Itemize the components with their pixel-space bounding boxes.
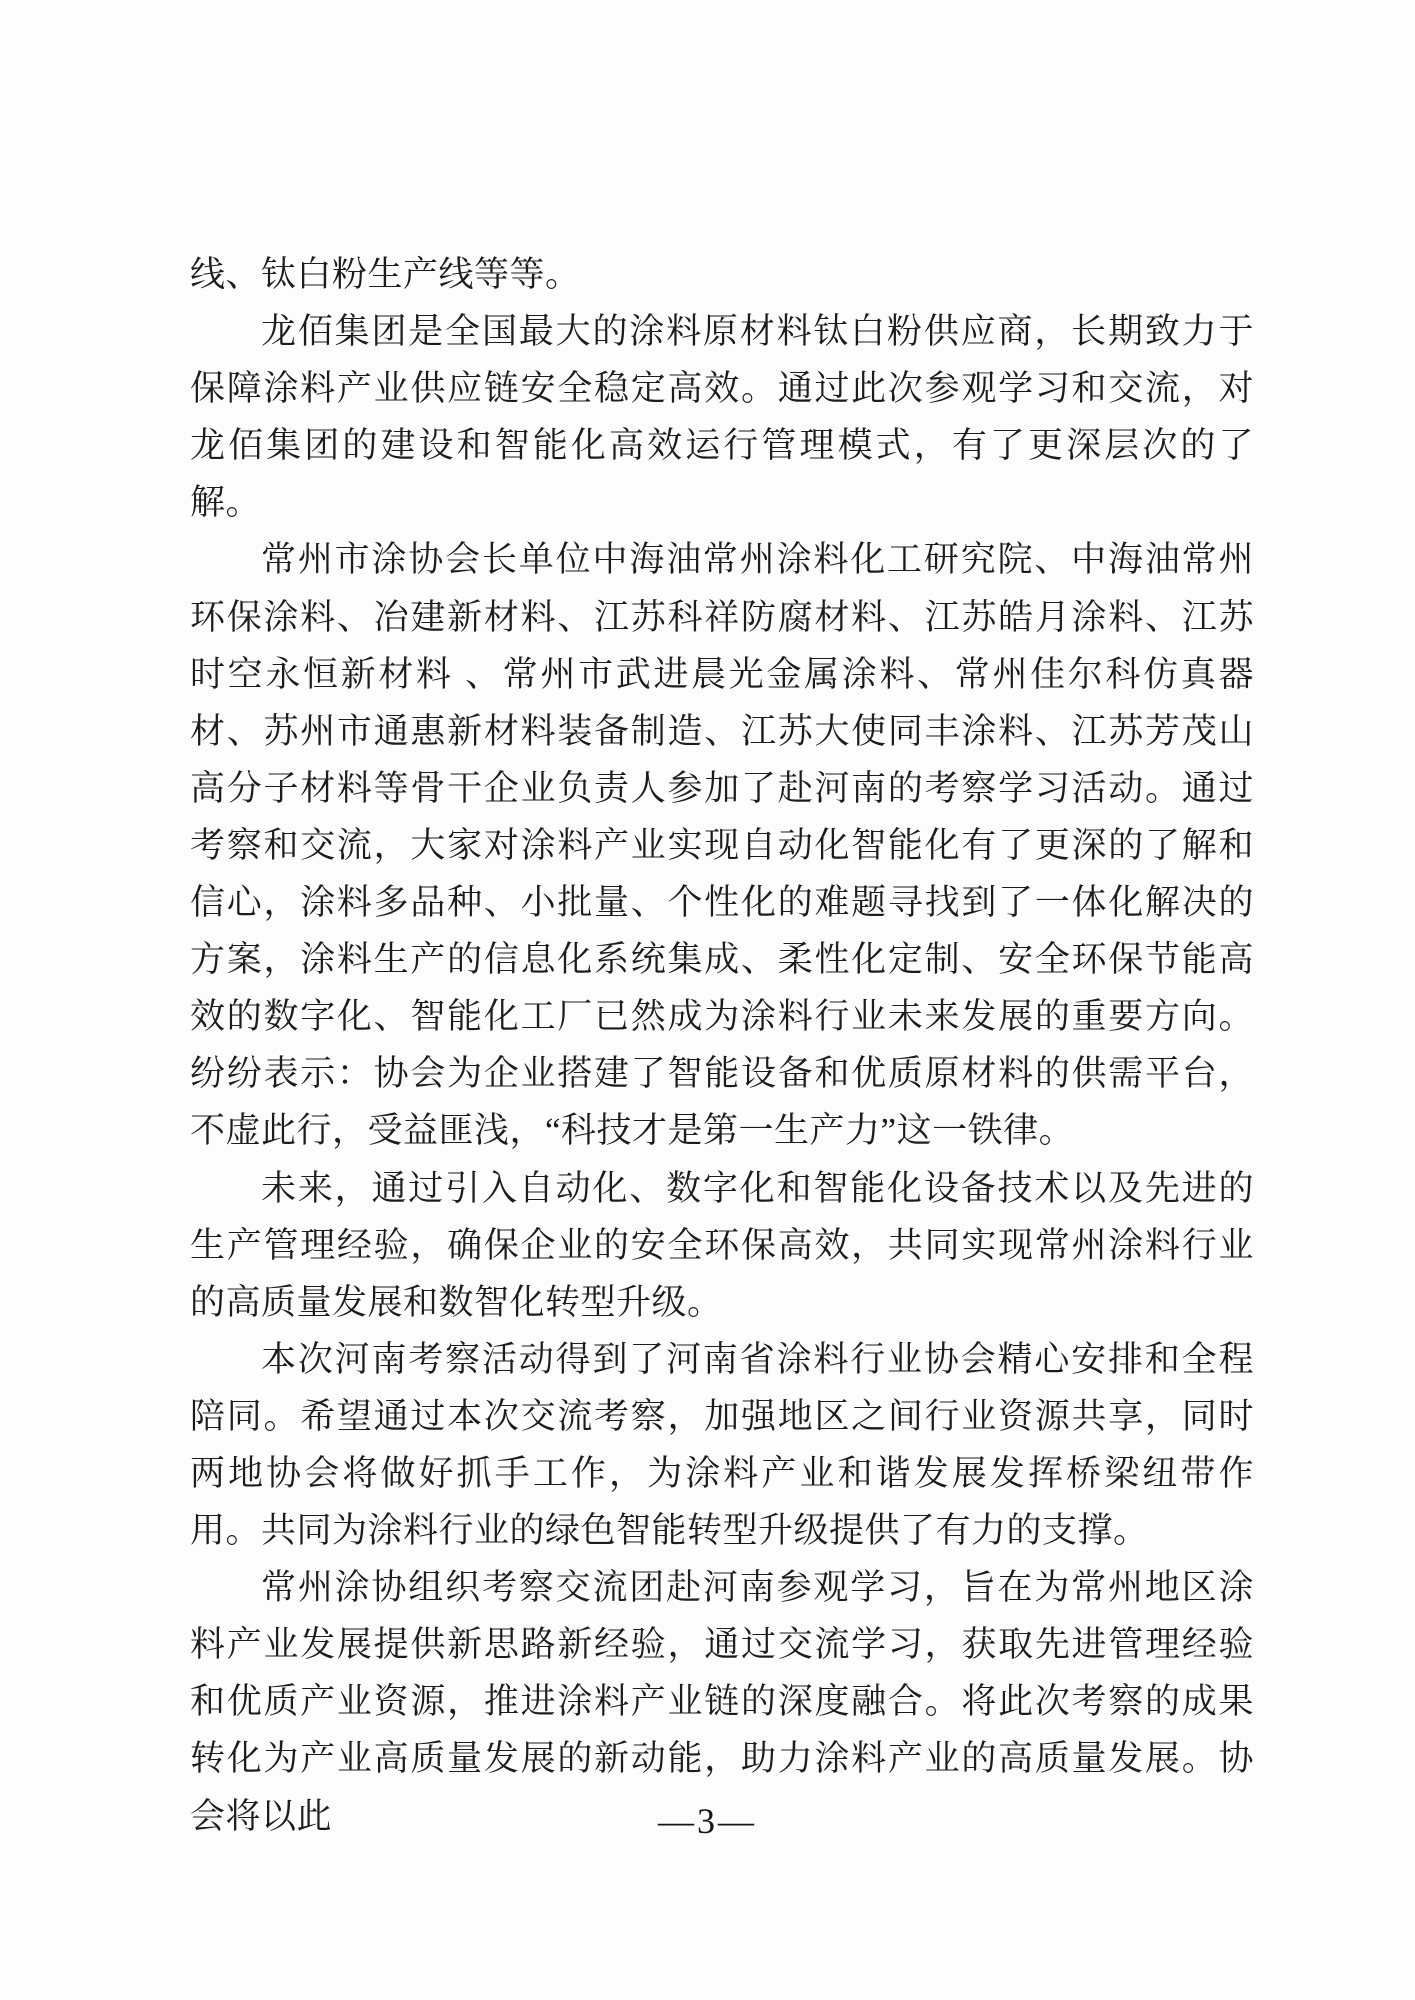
paragraph: 线、钛白粉生产线等等。 — [190, 246, 1254, 303]
paragraph: 本次河南考察活动得到了河南省涂料行业协会精心安排和全程陪同。希望通过本次交流考察… — [190, 1331, 1254, 1559]
document-page: 线、钛白粉生产线等等。龙佰集团是全国最大的涂料原材料钛白粉供应商，长期致力于保障… — [0, 0, 1415, 2000]
document-body-text: 线、钛白粉生产线等等。龙佰集团是全国最大的涂料原材料钛白粉供应商，长期致力于保障… — [190, 246, 1254, 1845]
paragraph: 常州市涂协会长单位中海油常州涂料化工研究院、中海油常州环保涂料、冶建新材料、江苏… — [190, 531, 1254, 1159]
paragraph: 未来，通过引入自动化、数字化和智能化设备技术以及先进的生产管理经验，确保企业的安… — [190, 1160, 1254, 1331]
page-number: —3— — [0, 1800, 1415, 1842]
paragraph: 龙佰集团是全国最大的涂料原材料钛白粉供应商，长期致力于保障涂料产业供应链安全稳定… — [190, 303, 1254, 531]
